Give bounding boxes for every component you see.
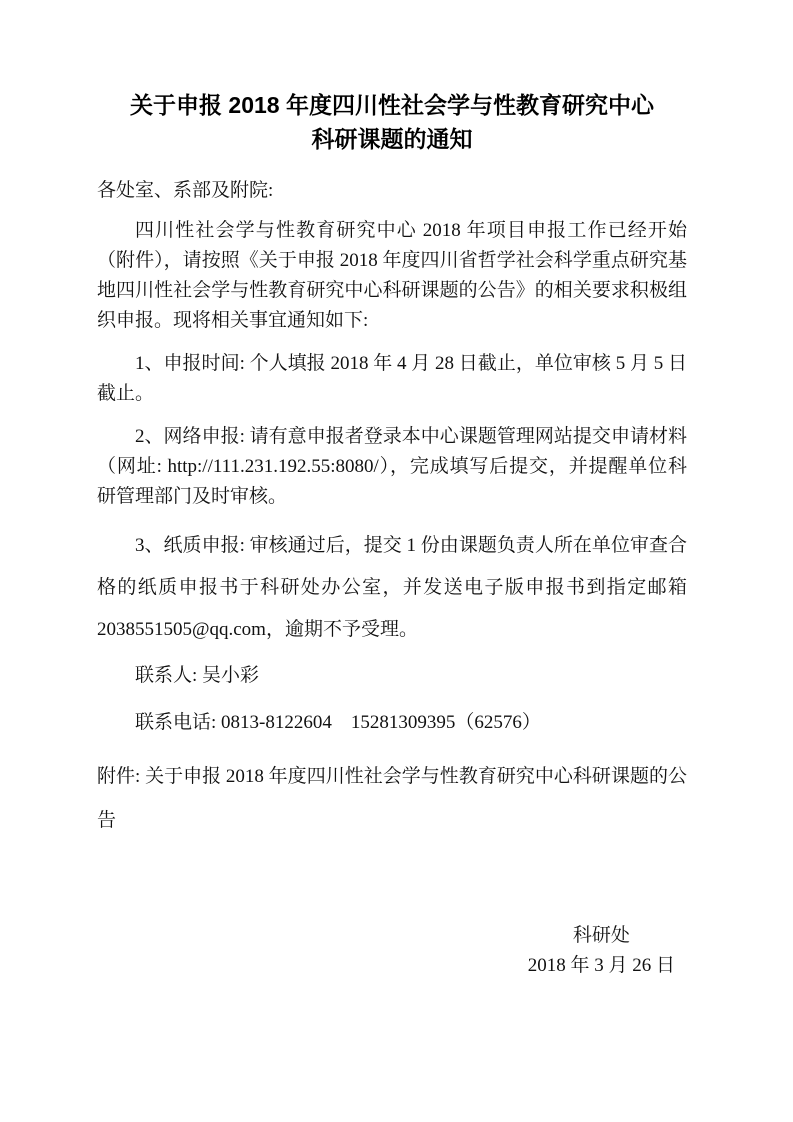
intro-paragraph: 四川性社会学与性教育研究中心 2018 年项目申报工作已经开始（附件），请按照《… xyxy=(97,216,687,336)
contact-phone-line: 联系电话: 0813-8122604 15281309395（62576） xyxy=(97,708,687,738)
document-page: 关于申报 2018 年度四川性社会学与性教育研究中心 科研课题的通知 各处室、系… xyxy=(0,0,793,1122)
item-3-paper-application: 3、纸质申报: 审核通过后，提交 1 份由课题负责人所在单位审查合格的纸质申报书… xyxy=(97,525,687,651)
signature-block: 科研处 2018 年 3 月 26 日 xyxy=(528,921,675,981)
salutation: 各处室、系部及附院: xyxy=(97,176,687,206)
item-1-application-time: 1、申报时间: 个人填报 2018 年 4 月 28 日截止，单位审核 5 月 … xyxy=(97,349,687,409)
contact-person-line: 联系人: 吴小彩 xyxy=(97,661,687,691)
item-2-online-application: 2、网络申报: 请有意申报者登录本中心课题管理网站提交申请材料（网址: http… xyxy=(97,422,687,512)
title-line-2: 科研课题的通知 xyxy=(312,126,473,152)
document-title: 关于申报 2018 年度四川性社会学与性教育研究中心 科研课题的通知 xyxy=(97,88,687,156)
title-line-1: 关于申报 2018 年度四川性社会学与性教育研究中心 xyxy=(130,92,654,118)
attachment-line: 附件: 关于申报 2018 年度四川性社会学与性教育研究中心科研课题的公告 xyxy=(97,755,687,843)
signature-date: 2018 年 3 月 26 日 xyxy=(528,951,675,981)
signer-department: 科研处 xyxy=(528,921,675,951)
